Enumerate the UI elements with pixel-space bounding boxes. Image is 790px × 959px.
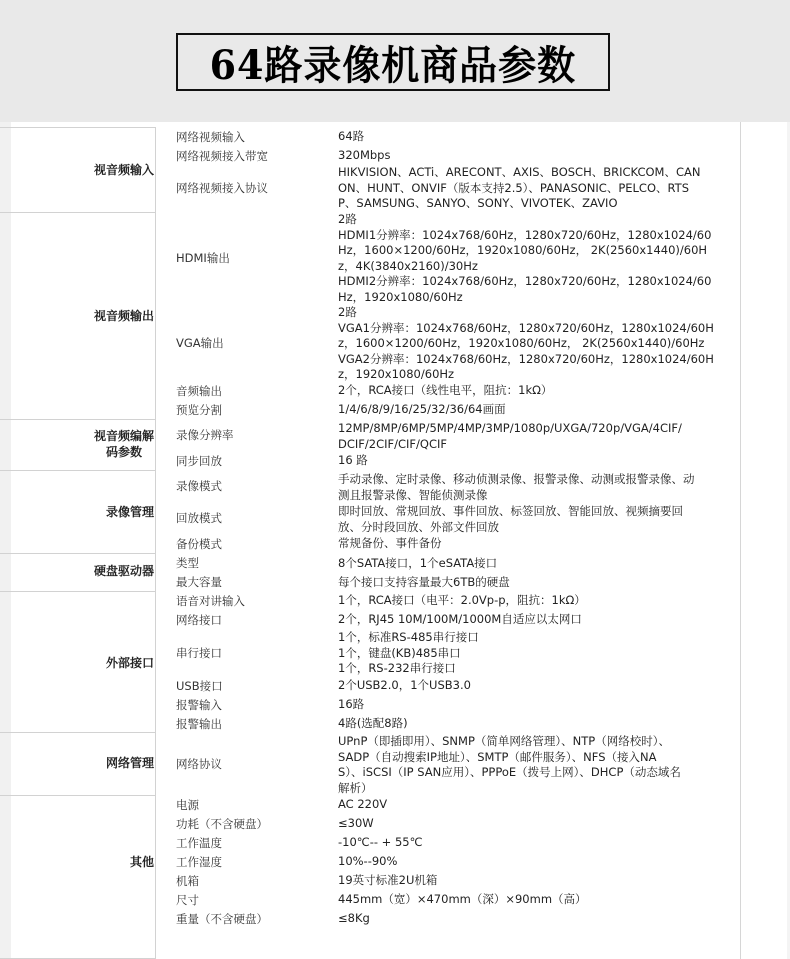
spec-value: 320Mbps <box>338 148 718 164</box>
spec-label: 网络接口 <box>176 613 222 627</box>
spec-value: 19英寸标准2U机箱 <box>338 873 718 889</box>
section-label: 视音频编解码参数 <box>94 428 154 460</box>
spec-section: 录像管理 <box>0 471 156 554</box>
spec-label: 回放模式 <box>176 511 222 525</box>
page-title: 64路录像机商品参数 <box>210 34 576 91</box>
spec-section: 外部接口 <box>0 592 156 733</box>
spec-label: 语音对讲输入 <box>176 594 245 608</box>
section-label: 录像管理 <box>106 504 154 520</box>
section-label-line: 码参数 <box>94 444 154 460</box>
spec-value: 10%--90% <box>338 854 718 870</box>
spec-label: 报警输入 <box>176 698 222 712</box>
spec-label: 报警输出 <box>176 717 222 731</box>
page-header: 64路录像机商品参数 <box>0 0 790 122</box>
right-border-line <box>740 122 741 959</box>
spec-value: 1/4/6/8/9/16/25/32/36/64画面 <box>338 402 718 418</box>
spec-label: 尺寸 <box>176 893 199 907</box>
spec-label: 备份模式 <box>176 537 222 551</box>
spec-value: HIKVISION、ACTi、ARECONT、AXIS、BOSCH、BRICKC… <box>338 165 718 212</box>
spec-label: 录像分辨率 <box>176 428 234 442</box>
spec-label: 机箱 <box>176 874 199 888</box>
spec-label: 网络视频接入带宽 <box>176 149 268 163</box>
spec-value: 445mm（宽）×470mm（深）×90mm（高） <box>338 892 718 908</box>
spec-value: 16 路 <box>338 453 718 469</box>
spec-value: UPnP（即插即用）、SNMP（简单网络管理）、NTP（网络校时）、 SADP（… <box>338 734 718 796</box>
spec-label: 网络视频输入 <box>176 130 245 144</box>
spec-label: HDMI输出 <box>176 251 230 265</box>
spec-label: USB接口 <box>176 679 223 693</box>
spec-section: 网络管理 <box>0 733 156 796</box>
spec-value: 手动录像、定时录像、移动侦测录像、报警录像、动测或报警录像、动 测且报警录像、智… <box>338 472 718 503</box>
spec-label: 最大容量 <box>176 575 222 589</box>
spec-value: ≤30W <box>338 816 718 832</box>
spec-value: 2个USB2.0，1个USB3.0 <box>338 678 718 694</box>
section-label: 网络管理 <box>106 755 154 771</box>
spec-label: 预览分割 <box>176 403 222 417</box>
spec-label: 工作温度 <box>176 836 222 850</box>
spec-value: ≤8Kg <box>338 911 718 927</box>
spec-label: 音频输出 <box>176 384 222 398</box>
spec-value: 16路 <box>338 697 718 713</box>
spec-value: 2路 HDMI1分辨率：1024x768/60Hz，1280x720/60Hz，… <box>338 212 718 305</box>
spec-label: 类型 <box>176 556 199 570</box>
spec-value: 2个，RCA接口（线性电平，阻抗：1kΩ） <box>338 383 718 399</box>
spec-section: 视音频输出 <box>0 213 156 420</box>
spec-value: 12MP/8MP/6MP/5MP/4MP/3MP/1080p/UXGA/720p… <box>338 421 718 452</box>
section-label: 外部接口 <box>106 655 154 671</box>
section-label: 视音频输入 <box>94 162 154 178</box>
section-label: 其他 <box>130 854 154 870</box>
spec-value: 每个接口支持容量最大6TB的硬盘 <box>338 575 718 591</box>
spec-section: 硬盘驱动器 <box>0 554 156 592</box>
spec-label: 重量（不含硬盘） <box>176 912 268 926</box>
spec-label: 网络协议 <box>176 757 222 771</box>
spec-label: 网络视频接入协议 <box>176 181 268 195</box>
title-box: 64路录像机商品参数 <box>176 33 610 91</box>
spec-value: -10℃-- + 55℃ <box>338 835 718 851</box>
spec-value: 2个，RJ45 10M/100M/1000M自适应以太网口 <box>338 612 718 628</box>
spec-value: 常规备份、事件备份 <box>338 536 718 552</box>
spec-label: 工作湿度 <box>176 855 222 869</box>
spec-label: 录像模式 <box>176 479 222 493</box>
spec-label: 功耗（不含硬盘） <box>176 817 268 831</box>
section-label: 视音频输出 <box>94 308 154 324</box>
spec-value: 8个SATA接口，1个eSATA接口 <box>338 556 718 572</box>
spec-value: 4路(选配8路) <box>338 716 718 732</box>
spec-label: 电源 <box>176 798 199 812</box>
spec-value: 1个，标准RS-485串行接口 1个，键盘(KB)485串口 1个，RS-232… <box>338 630 718 677</box>
spec-value: AC 220V <box>338 797 718 813</box>
spec-value: 1个，RCA接口（电平：2.0Vp-p，阻抗：1kΩ） <box>338 593 718 609</box>
spec-value: 2路 VGA1分辨率：1024x768/60Hz，1280x720/60Hz，1… <box>338 305 718 383</box>
spec-section: 视音频输入 <box>0 127 156 213</box>
spec-value: 即时回放、常规回放、事件回放、标签回放、智能回放、视频摘要回 放、分时段回放、外… <box>338 504 718 535</box>
section-label: 硬盘驱动器 <box>94 563 154 579</box>
spec-section: 其他 <box>0 796 156 959</box>
section-label-line: 视音频编解 <box>94 428 154 444</box>
spec-label: 串行接口 <box>176 646 222 660</box>
spec-section: 视音频编解码参数 <box>0 420 156 471</box>
spec-label: 同步回放 <box>176 454 222 468</box>
spec-label: VGA输出 <box>176 336 224 350</box>
spec-value: 64路 <box>338 129 718 145</box>
